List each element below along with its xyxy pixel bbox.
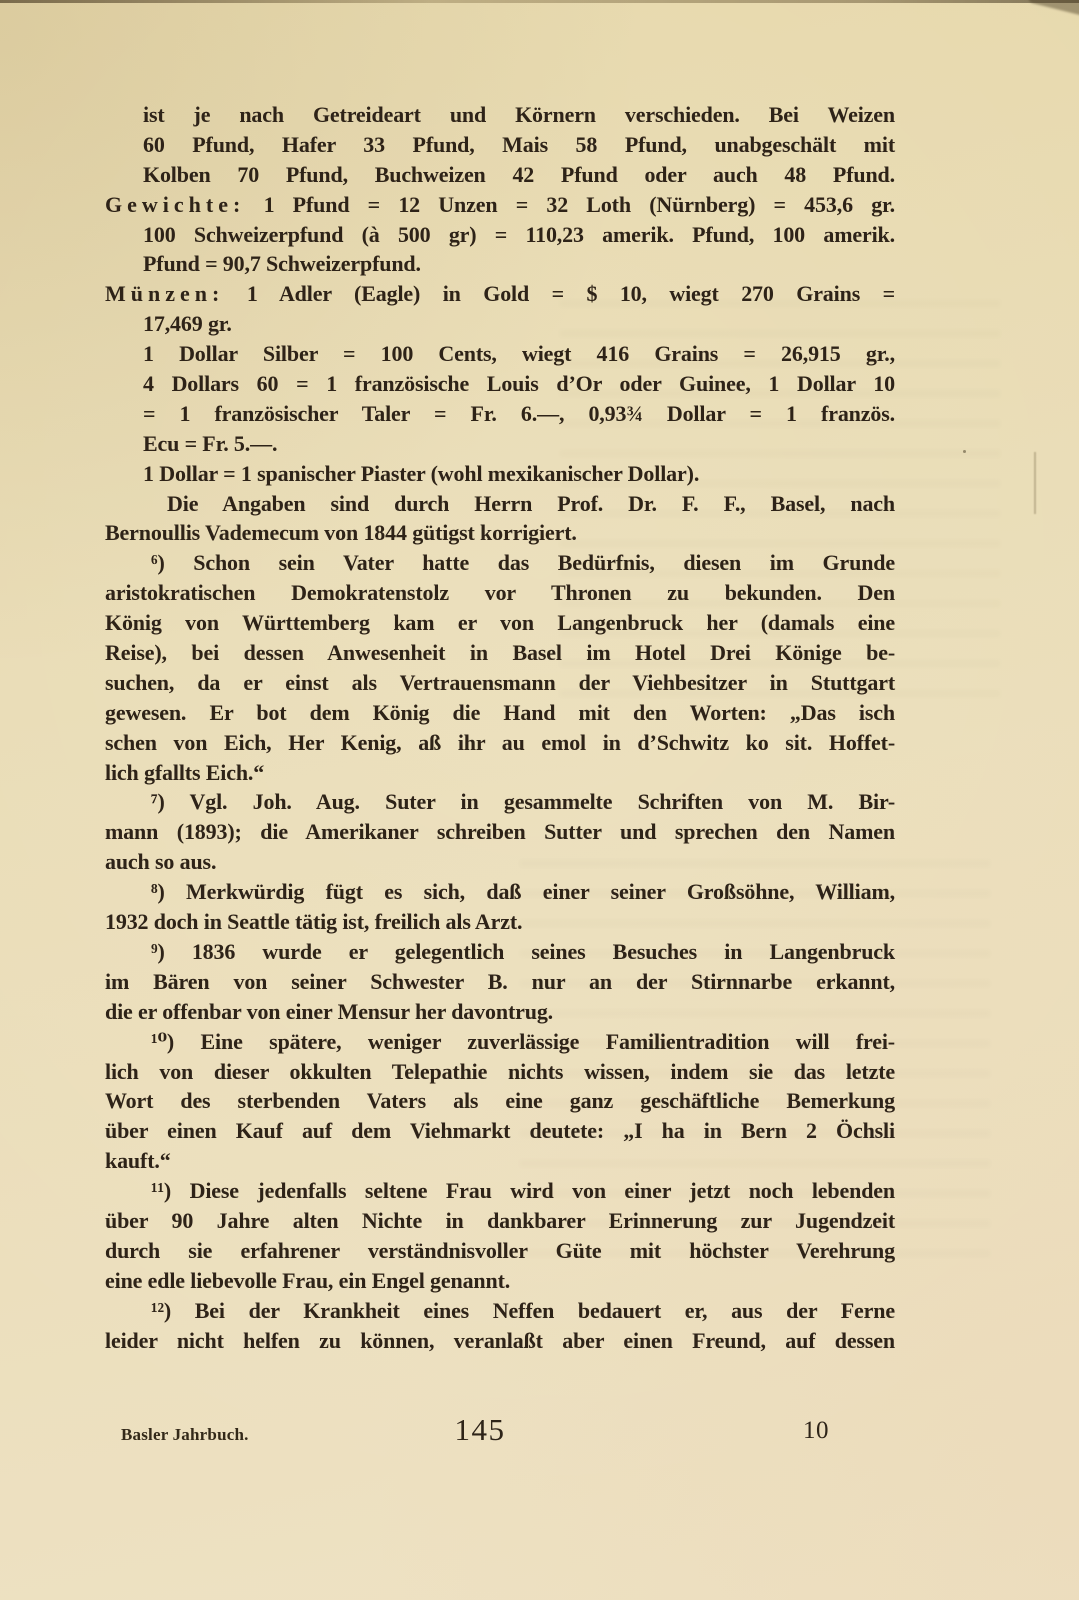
text-line: ⁸) Merkwürdig fügt es sich, daß einer se…	[105, 877, 895, 907]
page-footer: Basler Jahrbuch. 145 10	[105, 1412, 895, 1462]
text-line: über einen Kauf auf dem Viehmarkt deutet…	[105, 1116, 895, 1146]
text-line: aristokratischen Demokratenstolz vor Thr…	[105, 578, 895, 608]
text-line: Wort des sterbenden Vaters als eine ganz…	[105, 1086, 895, 1116]
text-line: König von Württemberg kam er von Langenb…	[105, 608, 895, 638]
scan-corner-artifact	[1028, 0, 1079, 17]
text-line: schen von Eich, Her Kenig, aß ihr au emo…	[105, 728, 895, 758]
text-line: im Bären von seiner Schwester B. nur an …	[105, 967, 895, 997]
text-line: 4 Dollars 60 = 1 französische Louis d’Or…	[105, 369, 895, 399]
text-line: suchen, da er einst als Vertrauensmann d…	[105, 668, 895, 698]
scan-top-edge-artifact	[0, 0, 1079, 3]
text-line: die er offenbar von einer Mensur her dav…	[105, 997, 895, 1027]
text-line: ¹¹) Diese jedenfalls seltene Frau wird v…	[105, 1176, 895, 1206]
page-text-block: ist je nach Getreideart und Körnern vers…	[105, 100, 895, 1355]
scanned-book-page: ist je nach Getreideart und Körnern vers…	[0, 0, 1079, 1600]
text-line: ist je nach Getreideart und Körnern vers…	[105, 100, 895, 130]
text-line: Bernoullis Vademecum von 1844 gütigst ko…	[105, 518, 895, 548]
text-line: leider nicht helfen zu können, veranlaßt…	[105, 1326, 895, 1356]
signature-number: 10	[803, 1417, 829, 1445]
text-line: ⁶) Schon sein Vater hatte das Bedürfnis,…	[105, 548, 895, 578]
text-line: ⁷) Vgl. Joh. Aug. Suter in gesammelte Sc…	[105, 787, 895, 817]
text-line: 1 Dollar Silber = 100 Cents, wiegt 416 G…	[105, 339, 895, 369]
text-line: kauft.“	[105, 1146, 895, 1176]
text-line: Die Angaben sind durch Herrn Prof. Dr. F…	[105, 489, 895, 519]
text-line: 100 Schweizerpfund (à 500 gr) = 110,23 a…	[105, 220, 895, 250]
text-line: 60 Pfund, Hafer 33 Pfund, Mais 58 Pfund,…	[105, 130, 895, 160]
text-line: eine edle liebevolle Frau, ein Engel gen…	[105, 1266, 895, 1296]
text-line: Reise), bei dessen Anwesenheit in Basel …	[105, 638, 895, 668]
text-line: ⁹) 1836 wurde er gelegentlich seines Bes…	[105, 937, 895, 967]
text-line: lich von dieser okkulten Telepathie nich…	[105, 1057, 895, 1087]
text-line: mann (1893); die Amerikaner schreiben Su…	[105, 817, 895, 847]
text-line: gewesen. Er bot dem König die Hand mit d…	[105, 698, 895, 728]
text-line: ¹⁰) Eine spätere, weniger zuverlässige F…	[105, 1027, 895, 1057]
text-line: lich gfallts Eich.“	[105, 758, 895, 788]
text-line: 1 Dollar = 1 spanischer Piaster (wohl me…	[105, 459, 895, 489]
imprint-label: Basler Jahrbuch.	[121, 1425, 249, 1445]
text-line: 17,469 gr.	[105, 309, 895, 339]
text-line: Ecu = Fr. 5.—.	[105, 429, 895, 459]
letterspaced-lead-word: Münzen:	[105, 281, 224, 306]
letterspaced-lead-word: Gewichte:	[105, 192, 245, 217]
text-line: ¹²) Bei der Krankheit eines Neffen bedau…	[105, 1296, 895, 1326]
scan-scratch-artifact	[1034, 452, 1036, 514]
text-line: über 90 Jahre alten Nichte in dankbarer …	[105, 1206, 895, 1236]
text-line: = 1 französischer Taler = Fr. 6.—, 0,93¾…	[105, 399, 895, 429]
text-line: auch so aus.	[105, 847, 895, 877]
text-line: Gewichte: 1 Pfund = 12 Unzen = 32 Loth (…	[105, 190, 895, 220]
text-line: Münzen: 1 Adler (Eagle) in Gold = $ 10, …	[105, 279, 895, 309]
text-line: Kolben 70 Pfund, Buchweizen 42 Pfund ode…	[105, 160, 895, 190]
text-line: Pfund = 90,7 Schweizerpfund.	[105, 249, 895, 279]
page-number: 145	[455, 1412, 506, 1448]
text-line: durch sie erfahrener verständnisvoller G…	[105, 1236, 895, 1266]
paper-speck	[963, 450, 966, 453]
text-line: 1932 doch in Seattle tätig ist, freilich…	[105, 907, 895, 937]
